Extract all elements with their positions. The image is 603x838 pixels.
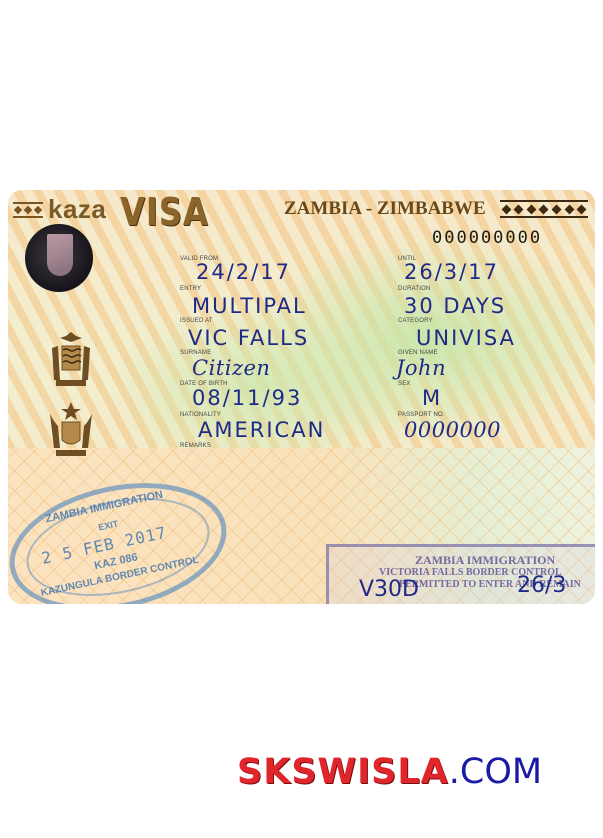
zambia-coat-of-arms-icon xyxy=(48,332,94,390)
passport-no-value: 0000000 xyxy=(404,418,501,442)
sex-value: M xyxy=(422,386,442,410)
entry-stamp-handwritten-left: V30D xyxy=(359,577,419,602)
serial-number: 000000000 xyxy=(432,228,542,248)
duration-value: 30 DAYS xyxy=(404,294,506,318)
date-of-birth-value: 08/11/93 xyxy=(192,386,302,410)
issued-at-value: VIC FALLS xyxy=(188,326,309,350)
given-name-value: John xyxy=(396,356,446,380)
duration-label: DURATION xyxy=(398,286,431,292)
watermark-suffix: .COM xyxy=(449,752,542,792)
watermark-main: SKSWISLA xyxy=(237,752,449,792)
watermark: SKSWISLA.COM xyxy=(237,752,542,792)
category-label: CATEGORY xyxy=(398,318,433,324)
brand-pattern-icon xyxy=(13,202,43,218)
until-value: 26/3/17 xyxy=(404,260,499,284)
sex-label: SEX xyxy=(398,381,411,387)
entry-stamp: ZAMBIA IMMIGRATION VICTORIA FALLS BORDER… xyxy=(326,544,595,604)
remarks-label: REMARKS xyxy=(180,443,211,449)
brand-name: kaza xyxy=(48,194,106,225)
entry-stamp-title: ZAMBIA IMMIGRATION xyxy=(415,553,555,568)
border-pattern-icon xyxy=(500,200,588,218)
visa-title: VISA xyxy=(120,190,209,234)
entry-value: MULTIPAL xyxy=(192,294,307,318)
hologram-seal-icon xyxy=(25,224,93,292)
issued-at-label: ISSUED AT xyxy=(180,318,213,324)
zimbabwe-coat-of-arms-icon xyxy=(48,402,94,460)
countries-title: ZAMBIA - ZIMBABWE xyxy=(284,198,486,220)
surname-value: Citizen xyxy=(192,356,270,380)
entry-stamp-handwritten-right: 26/3 xyxy=(517,573,566,598)
valid-from-value: 24/2/17 xyxy=(196,260,291,284)
nationality-value: AMERICAN xyxy=(198,418,325,442)
visa-card: kaza VISA ZAMBIA - ZIMBABWE 000000000 VA… xyxy=(8,190,595,604)
category-value: UNIVISA xyxy=(416,326,516,350)
entry-label: ENTRY xyxy=(180,286,201,292)
